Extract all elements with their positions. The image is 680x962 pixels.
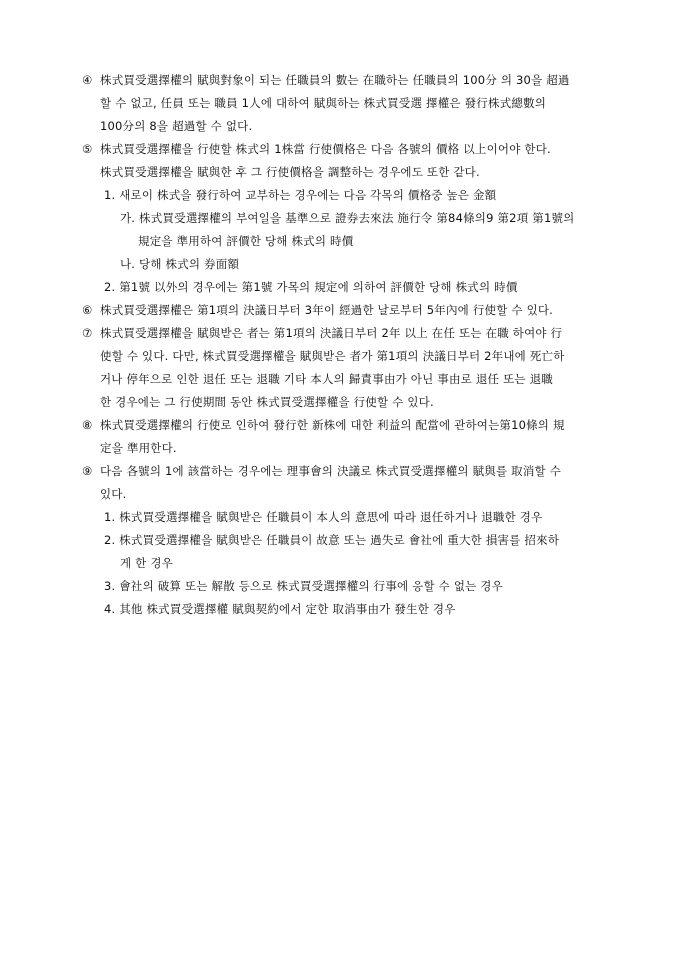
subitem: 4. 其他 株式買受選擇權 賦與契約에서 定한 取消事由가 發生한 경우	[104, 601, 456, 617]
subitem-continued: 게 한 경우	[120, 555, 173, 571]
subitem: 2. 第1號 以外의 경우에는 第1號 가목의 規定에 의하여 評價한 당해 株…	[104, 279, 518, 295]
subitem: 3. 會社의 破算 또는 解散 등으로 株式買受選擇權의 行事에 응할 수 없는…	[104, 578, 503, 594]
clause-5: ⑤株式買受選擇權을 行使할 株式의 1株當 行使價格은 다음 各號의 價格 以上…	[82, 141, 551, 157]
clause-text-continued: 있다.	[100, 486, 126, 502]
clause-marker: ④	[82, 72, 100, 88]
clause-text: 株式買受選擇權을 賦與받은 者는 第1項의 決議日부터 2年 以上 在任 또는 …	[100, 326, 562, 340]
clause-text: 株式買受選擇權의 賦與對象이 되는 任職員의 數는 在職하는 任職員의 100分…	[100, 73, 570, 87]
clause-7: ⑦株式買受選擇權을 賦與받은 者는 第1項의 決議日부터 2年 以上 在任 또는…	[82, 325, 562, 341]
clause-text: 다음 各號의 1에 該當하는 경우에는 理事會의 決議로 株式買受選擇權의 賦與…	[100, 464, 561, 478]
clause-9: ⑨다음 各號의 1에 該當하는 경우에는 理事會의 決議로 株式買受選擇權의 賦…	[82, 463, 561, 479]
subitem: 나. 당해 株式의 券面額	[120, 256, 239, 272]
clause-text-continued: 株式買受選擇權을 賦與한 후 그 行使價格을 調整하는 경우에도 또한 같다.	[100, 164, 480, 180]
subitem: 1. 새로이 株式을 發行하여 교부하는 경우에는 다음 각목의 價格중 높은 …	[104, 187, 496, 203]
clause-text-continued: 한 경우에는 그 行使期間 동안 株式買受選擇權을 行使할 수 있다.	[100, 394, 434, 410]
clause-marker: ⑨	[82, 463, 100, 479]
subitem: 가. 株式買受選擇權의 부여일을 基準으로 證券去來法 施行令 第84條의9 第…	[120, 210, 574, 226]
clause-marker: ⑦	[82, 325, 100, 341]
clause-text-continued: 使할 수 있다. 다만, 株式買受選擇權을 賦與받은 者가 第1項의 決議日부터…	[100, 348, 565, 364]
document-page: ④株式買受選擇權의 賦與對象이 되는 任職員의 數는 在職하는 任職員의 100…	[0, 0, 680, 962]
clause-text: 株式買受選擇權은 第1項의 決議日부터 3年이 經過한 날로부터 5年內에 行使…	[100, 303, 553, 317]
clause-6: ⑥株式買受選擇權은 第1項의 決議日부터 3年이 經過한 날로부터 5年內에 行…	[82, 302, 553, 318]
clause-marker: ⑤	[82, 141, 100, 157]
subitem: 2. 株式買受選擇權을 賦與받은 任職員이 故意 또는 過失로 會社에 重大한 …	[104, 532, 559, 548]
clause-marker: ⑥	[82, 302, 100, 318]
clause-4: ④株式買受選擇權의 賦與對象이 되는 任職員의 數는 在職하는 任職員의 100…	[82, 72, 570, 88]
subitem: 1. 株式買受選擇權을 賦與받은 任職員이 本人의 意思에 따라 退任하거나 退…	[104, 509, 542, 525]
clause-text: 株式買受選擇權의 行使로 인하여 發行한 新株에 대한 利益의 配當에 관하여는…	[100, 418, 565, 432]
clause-8: ⑧株式買受選擇權의 行使로 인하여 發行한 新株에 대한 利益의 配當에 관하여…	[82, 417, 565, 433]
subitem-continued: 規定을 準用하여 評價한 당해 株式의 時價	[138, 233, 353, 249]
clause-text-continued: 할 수 없고, 任員 또는 職員 1人에 대하여 賦與하는 株式買受選 擇權은 …	[100, 95, 546, 111]
clause-text-continued: 定을 準用한다.	[100, 440, 177, 456]
clause-text-continued: 100分의 8을 超過할 수 없다.	[100, 118, 252, 134]
clause-marker: ⑧	[82, 417, 100, 433]
clause-text-continued: 거나 停年으로 인한 退任 또는 退職 기타 本人의 歸責事由가 아닌 事由로 …	[100, 371, 553, 387]
clause-text: 株式買受選擇權을 行使할 株式의 1株當 行使價格은 다음 各號의 價格 以上이…	[100, 142, 551, 156]
